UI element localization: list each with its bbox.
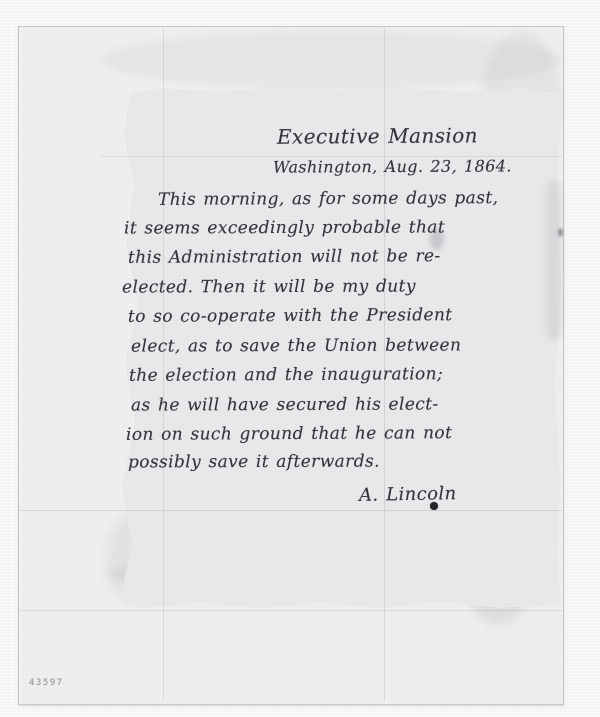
document-scan: Executive Mansion Washington, Aug. 23, 1… (0, 0, 600, 717)
body-line-5: to so co-operate with the President (128, 305, 453, 327)
body-line-4: elected. Then it will be my duty (122, 276, 416, 297)
body-line-8: as he will have secured his elect- (131, 394, 439, 415)
ink-blot (430, 502, 438, 510)
body-line-10: possibly save it afterwards. (128, 452, 380, 473)
signature: A. Lincoln (359, 483, 457, 506)
body-line-1: This morning, as for some days past, (158, 188, 498, 210)
ink-smudge-right-margin (558, 228, 563, 237)
archive-stamp-number: 43597 (29, 678, 64, 688)
torn-edge-smudge (546, 180, 562, 340)
letterhead-date: Washington, Aug. 23, 1864. (273, 156, 512, 176)
body-line-2: it seems exceedingly probable that (124, 217, 445, 238)
body-line-6: elect, as to save the Union between (131, 335, 461, 356)
body-line-7: the election and the inauguration; (129, 364, 443, 386)
body-line-3: this Administration will not be re- (128, 246, 441, 268)
letterhead-place: Executive Mansion (277, 123, 478, 148)
body-line-9: ion on such ground that he can not (126, 423, 452, 445)
